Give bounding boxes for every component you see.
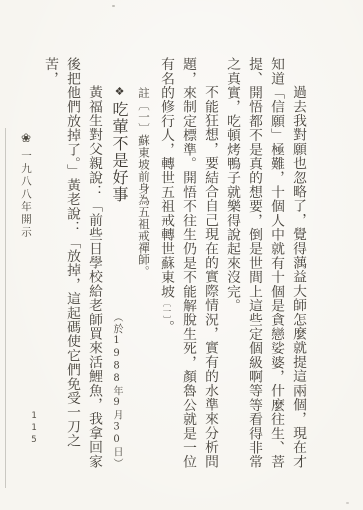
footnote: 註〔一〕蘇東坡前身為五祖戒禪師。: [133, 57, 155, 470]
flower-ornament-icon: ❀: [19, 131, 33, 145]
margin-label-text: 一九八八年開示: [20, 150, 32, 239]
scan-edge-shadow: [5, 128, 6, 488]
page-number: 115: [29, 411, 39, 447]
book-page: 過去我對願也忽略了，覺得蕅益大師怎麼就提這兩個，現在才知道「信願」極難，十個人中…: [0, 0, 363, 510]
section-heading-title: 吃葷不是好事: [110, 101, 129, 203]
margin-label: ❀一九八八年開示: [19, 131, 34, 239]
footnote-ref: 〔一〕: [161, 298, 171, 319]
paragraph-text: 不能狂想，要結合自己現在的實際情況，實有的水準來分析問題，來制定標準。開悟不往生…: [158, 57, 218, 469]
diamond-marker-icon: ❖: [113, 85, 126, 101]
paragraph: 不能狂想，要結合自己現在的實際情況，實有的水準來分析問題，來制定標準。開悟不往生…: [155, 57, 221, 470]
scan-speck: [346, 502, 349, 504]
paragraph: 過去我對願也忽略了，覺得蕅益大師怎麼就提這兩個，現在才知道「信願」極難，十個人中…: [221, 57, 309, 470]
section-heading: ❖吃葷不是好事: [110, 85, 129, 203]
date-label: （於1988年9月30日）: [105, 312, 127, 470]
section-heading-column: ❖吃葷不是好事 （於1988年9月30日）: [108, 57, 130, 470]
paragraph: 黃福生對父親說：「前些日學校給老師買來活鯉魚，我拿回家後把他們放掉了。」黃老說：…: [39, 57, 105, 470]
paragraph-text: 。: [158, 320, 174, 334]
scan-speck: [112, 5, 115, 7]
main-text: 過去我對願也忽略了，覺得蕅益大師怎麼就提這兩個，現在才知道「信願」極難，十個人中…: [39, 57, 309, 470]
